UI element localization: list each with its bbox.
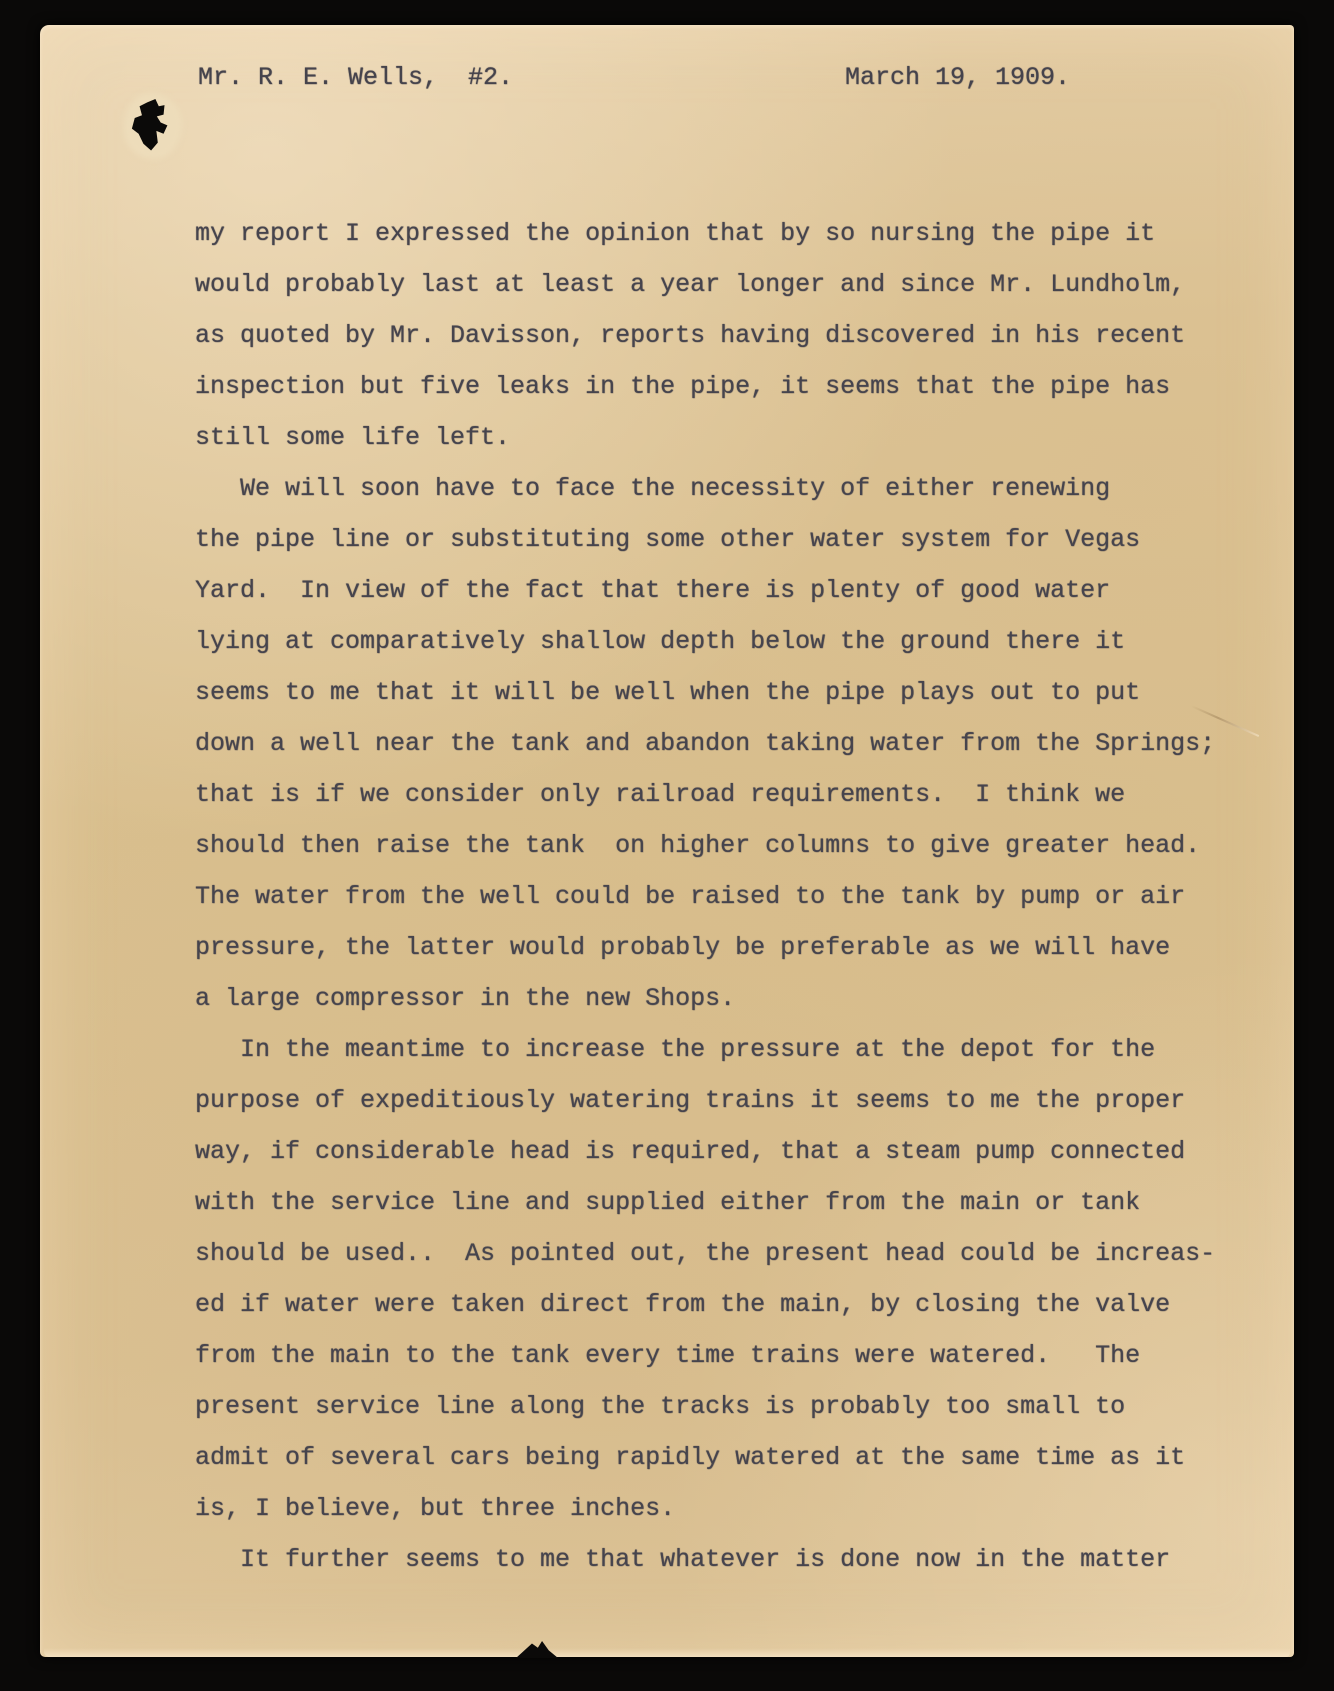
text-line: We will soon have to face the necessity … xyxy=(195,463,1255,514)
text-line: Yard. In view of the fact that there is … xyxy=(195,565,1255,616)
text-line: admit of several cars being rapidly wate… xyxy=(195,1432,1255,1483)
text-line: should be used.. As pointed out, the pre… xyxy=(195,1228,1255,1279)
letter-body: my report I expressed the opinion that b… xyxy=(195,208,1255,1585)
scan-background: Mr. R. E. Wells, #2. March 19, 1909. my … xyxy=(0,0,1334,1691)
text-line: my report I expressed the opinion that b… xyxy=(195,208,1255,259)
text-line: The water from the well could be raised … xyxy=(195,871,1255,922)
text-line: would probably last at least a year long… xyxy=(195,259,1255,310)
text-line: a large compressor in the new Shops. xyxy=(195,973,1255,1024)
text-line: purpose of expeditiously watering trains… xyxy=(195,1075,1255,1126)
text-line: In the meantime to increase the pressure… xyxy=(195,1024,1255,1075)
text-line: lying at comparatively shallow depth bel… xyxy=(195,616,1255,667)
date-line: March 19, 1909. xyxy=(845,63,1070,92)
text-line: is, I believe, but three inches. xyxy=(195,1483,1255,1534)
text-line: as quoted by Mr. Davisson, reports havin… xyxy=(195,310,1255,361)
text-line: from the main to the tank every time tra… xyxy=(195,1330,1255,1381)
letter-page: Mr. R. E. Wells, #2. March 19, 1909. my … xyxy=(40,25,1294,1657)
addressee-line: Mr. R. E. Wells, #2. xyxy=(198,63,513,92)
paper-edge-highlight xyxy=(44,1648,1290,1657)
text-line: should then raise the tank on higher col… xyxy=(195,820,1255,871)
text-line: way, if considerable head is required, t… xyxy=(195,1126,1255,1177)
text-line: pressure, the latter would probably be p… xyxy=(195,922,1255,973)
text-line: seems to me that it will be well when th… xyxy=(195,667,1255,718)
text-line: still some life left. xyxy=(195,412,1255,463)
letter-header: Mr. R. E. Wells, #2. March 19, 1909. xyxy=(40,63,1294,103)
text-line: ed if water were taken direct from the m… xyxy=(195,1279,1255,1330)
text-line: It further seems to me that whatever is … xyxy=(195,1534,1255,1585)
text-line: down a well near the tank and abandon ta… xyxy=(195,718,1255,769)
text-line: present service line along the tracks is… xyxy=(195,1381,1255,1432)
text-line: with the service line and supplied eithe… xyxy=(195,1177,1255,1228)
text-line: the pipe line or substituting some other… xyxy=(195,514,1255,565)
text-line: that is if we consider only railroad req… xyxy=(195,769,1255,820)
text-line: inspection but five leaks in the pipe, i… xyxy=(195,361,1255,412)
